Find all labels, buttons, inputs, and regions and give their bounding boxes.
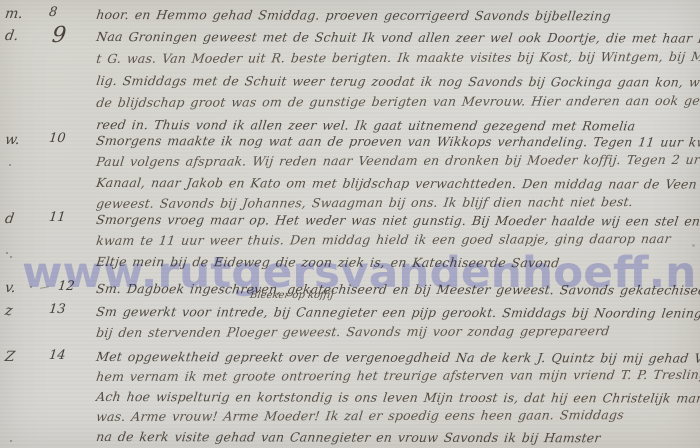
entry-lines: Met opgewektheid gepreekt over de vergen…: [95, 347, 695, 447]
watermark: www.rutgersvandenhoeff.nl: [22, 247, 700, 301]
entry-lines: Smorgens maakte ik nog wat aan de proeve…: [95, 130, 695, 214]
weekday-letter: d.: [4, 28, 40, 44]
entry-lines: Sm gewerkt voor intrede, bij Cannegieter…: [95, 301, 695, 343]
weekday-letter: w.: [4, 132, 40, 148]
day-number: 13: [48, 302, 80, 317]
manuscript-line: Paul volgens afspraak. Wij reden naar Ve…: [95, 149, 698, 172]
day-number: 11: [48, 210, 80, 225]
manuscript-line: t G. was. Van Moeder uit R. beste berigt…: [95, 46, 698, 70]
ink-speck: [10, 256, 12, 258]
day-number: 10: [48, 131, 80, 146]
ink-speck: [692, 244, 695, 247]
manuscript-line: was. Arme vrouw! Arme Moeder! Ik zal er …: [95, 405, 698, 427]
entry-lines: hoor. en Hemmo gehad Smiddag. proeven ge…: [95, 4, 695, 26]
manuscript-line: hoor. en Hemmo gehad Smiddag. proeven ge…: [95, 4, 698, 28]
weekday-letter: z: [4, 303, 40, 319]
ink-speck: [6, 252, 8, 254]
entry-lines: Naa Groningen geweest met de Schuit Ik v…: [95, 26, 695, 136]
manuscript-page: m.8hoor. en Hemmo gehad Smiddag. proeven…: [0, 0, 700, 448]
weekday-letter: m.: [4, 6, 40, 22]
weekday-letter: d: [4, 211, 40, 227]
manuscript-line: hem vernam ik met groote ontroering het …: [95, 365, 698, 387]
day-number: 9: [51, 23, 84, 48]
day-number: 14: [48, 348, 80, 363]
ink-speck: [30, 286, 32, 288]
weekday-letter: Z: [4, 349, 40, 365]
manuscript-line: bij den stervenden Ploeger geweest. Savo…: [95, 320, 698, 343]
manuscript-line: na de kerk visite gehad van Cannegieter …: [95, 427, 697, 448]
day-number: 8: [48, 5, 80, 20]
ink-speck: [10, 440, 12, 442]
manuscript-line: de blijdschap groot was om de gunstige b…: [95, 90, 698, 114]
ink-speck: [9, 164, 11, 166]
